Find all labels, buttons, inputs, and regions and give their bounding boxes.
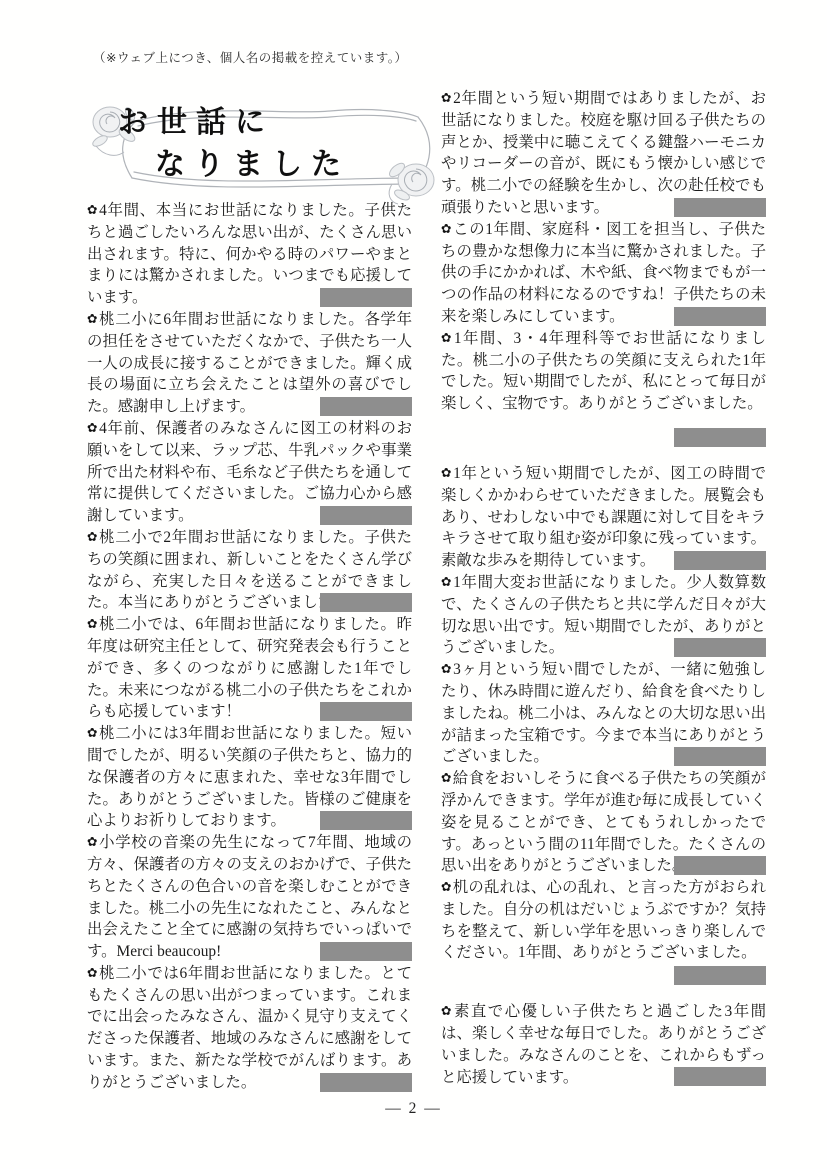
redacted-name-box — [320, 506, 412, 525]
message-paragraph: ✿この1年間、家庭科・図工を担当し、子供たちの豊かな想像力に本当に驚かされました… — [441, 219, 766, 328]
redacted-name-box — [674, 966, 766, 985]
title-banner: お世話に なりました — [78, 90, 448, 208]
left-column: ✿4年間、本当にお世話になりました。子供たちと過ごしたいろんな思い出が、たくさん… — [87, 200, 412, 1094]
message-paragraph: ✿机の乱れは、心の乱れ、と言った方がおられました。自分の机はだいじょうぶですか？… — [441, 877, 766, 964]
flower-bullet-icon: ✿ — [87, 529, 98, 544]
redacted-name-box — [320, 702, 412, 721]
redacted-name-box — [674, 1067, 766, 1086]
flower-bullet-icon: ✿ — [441, 465, 452, 480]
web-privacy-note: （※ウェブ上につき、個人名の掲載を控えています。） — [93, 48, 407, 66]
redacted-name-box — [320, 288, 412, 307]
page-title-line1: お世話に — [118, 102, 350, 144]
page-title: お世話に なりました — [118, 102, 350, 186]
redacted-name-box — [674, 747, 766, 766]
redacted-name-box — [674, 198, 766, 217]
message-paragraph: ✿桃二小に6年間お世話になりました。各学年の担任をさせていただくなかで、子供たち… — [87, 309, 412, 418]
message-paragraph: ✿桃二小には3年間お世話になりました。短い間でしたが、明るい笑顔の子供たちと、協… — [87, 723, 412, 832]
redacted-name-box — [674, 638, 766, 657]
flower-bullet-icon: ✿ — [441, 221, 452, 236]
message-paragraph: ✿給食をおいしそうに食べる子供たちの笑顔が浮かんできます。学年が進む毎に成長して… — [441, 768, 766, 877]
redacted-name-box — [674, 856, 766, 875]
rose-sketch-bottom-right — [387, 161, 434, 204]
flower-bullet-icon: ✿ — [441, 1003, 453, 1018]
page-title-line2: なりました — [155, 144, 350, 186]
message-paragraph: ✿桃二小で2年間お世話になりました。子供たちの笑顔に囲まれ、新しいことをたくさん… — [87, 527, 412, 614]
redacted-name-box — [320, 593, 412, 612]
message-paragraph: ✿1年という短い期間でしたが、図工の時間で楽しくかかわらせていただきました。展覧… — [441, 463, 766, 572]
message-paragraph: ✿4年前、保護者のみなさんに図工の材料のお願いをして以来、ラップ芯、牛乳パックや… — [87, 418, 412, 527]
flower-bullet-icon: ✿ — [441, 330, 453, 345]
flower-bullet-icon: ✿ — [441, 574, 452, 589]
redaction-line — [441, 426, 766, 448]
message-paragraph: ✿2年間という短い期間ではありましたが、お世話になりました。校庭を駆け回る子供た… — [441, 88, 766, 219]
flower-bullet-icon: ✿ — [87, 420, 98, 435]
redacted-name-box — [320, 811, 412, 830]
redacted-name-box — [674, 551, 766, 570]
redacted-name-box — [320, 942, 412, 961]
message-paragraph: ✿小学校の音楽の先生になって7年間、地域の方々、保護者の方々の支えのおかげで、子… — [87, 832, 412, 963]
redaction-line — [441, 964, 766, 986]
flower-bullet-icon: ✿ — [441, 661, 452, 676]
page-number: — 2 — — [0, 1100, 827, 1118]
flower-bullet-icon: ✿ — [87, 311, 98, 326]
flower-bullet-icon: ✿ — [87, 725, 98, 740]
message-paragraph: ✿4年間、本当にお世話になりました。子供たちと過ごしたいろんな思い出が、たくさん… — [87, 200, 412, 309]
flower-bullet-icon: ✿ — [87, 202, 98, 217]
redacted-name-box — [674, 428, 766, 447]
message-paragraph: ✿桃二小では、6年間お世話になりました。昨年度は研究主任として、研究発表会も行う… — [87, 614, 412, 723]
flower-bullet-icon: ✿ — [441, 879, 452, 894]
flower-bullet-icon: ✿ — [87, 834, 98, 849]
redacted-name-box — [320, 1073, 412, 1092]
newsletter-page: （※ウェブ上につき、個人名の掲載を控えています。） — [0, 0, 827, 1169]
message-paragraph: ✿3ヶ月という短い間でしたが、一緒に勉強したり、休み時間に遊んだり、給食を食べた… — [441, 659, 766, 768]
right-column: ✿2年間という短い期間ではありましたが、お世話になりました。校庭を駆け回る子供た… — [441, 88, 766, 1088]
message-paragraph: ✿1年間大変お世話になりました。少人数算数で、たくさんの子供たちと共に学んだ日々… — [441, 572, 766, 659]
message-paragraph: ✿素直で心優しい子供たちと過ごした3年間は、楽しく幸せな毎日でした。ありがとうご… — [441, 1001, 766, 1088]
flower-bullet-icon: ✿ — [441, 770, 452, 785]
flower-bullet-icon: ✿ — [441, 90, 452, 105]
redacted-name-box — [674, 307, 766, 326]
redacted-name-box — [320, 397, 412, 416]
flower-bullet-icon: ✿ — [87, 965, 98, 980]
message-paragraph: ✿1年間、3・4年理科等でお世話になりました。桃二小の子供たちの笑顔に支えられた… — [441, 328, 766, 415]
flower-bullet-icon: ✿ — [87, 616, 98, 631]
message-paragraph: ✿桃二小では6年間お世話になりました。とてもたくさんの思い出がつまっています。こ… — [87, 963, 412, 1094]
